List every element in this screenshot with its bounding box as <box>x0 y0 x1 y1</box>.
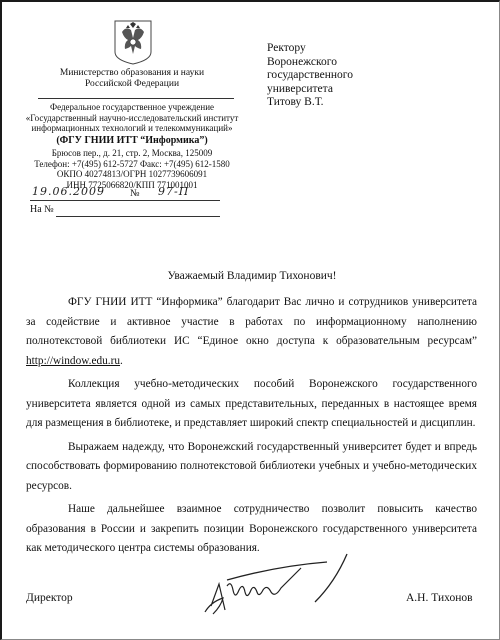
org-okpo-ogrn: ОКПО 40274813/ОГРН 1027739606091 <box>22 169 242 180</box>
reply-underline <box>56 216 220 217</box>
signatory-name: А.Н. Тихонов <box>406 592 473 604</box>
salutation: Уважаемый Владимир Тихонович! <box>2 270 500 282</box>
org-address: Брюсов пер., д. 21, стр. 2, Москва, 1250… <box>22 148 242 159</box>
paragraph-1-end: . <box>120 355 123 367</box>
signatory-title: Директор <box>26 592 73 604</box>
handwritten-signature-icon <box>197 550 387 620</box>
paragraph-1-text: ФГУ ГНИИ ИТТ “Информика” благодарит Вас … <box>26 296 477 347</box>
org-phone-fax: Телефон: +7(495) 612-5727 Факс: +7(495) … <box>22 159 242 170</box>
outgoing-underline <box>30 200 220 201</box>
ministry-line-2: Российской Федерации <box>22 79 242 90</box>
window-edu-link[interactable]: http://window.edu.ru <box>26 355 120 367</box>
letter-body: ФГУ ГНИИ ИТТ “Информика” благодарит Вас … <box>26 293 477 563</box>
letterhead-divider <box>38 98 234 99</box>
paragraph-1: ФГУ ГНИИ ИТТ “Информика” благодарит Вас … <box>26 293 477 371</box>
organization-name: Федеральное государственное учреждение «… <box>22 102 242 148</box>
addressee-line: государственного <box>267 69 467 83</box>
outgoing-number: 97-П <box>158 185 189 198</box>
addressee-block: Ректору Воронежского государственного ун… <box>267 42 467 110</box>
letter-page: Министерство образования и науки Российс… <box>0 0 500 640</box>
ministry-name: Министерство образования и науки Российс… <box>22 68 242 90</box>
reply-label: На № <box>30 204 54 215</box>
paragraph-2: Коллекция учебно-методических пособий Во… <box>26 375 477 434</box>
addressee-line: университета <box>267 83 467 97</box>
addressee-line: Титову В.Т. <box>267 96 467 110</box>
organization-contacts: Брюсов пер., д. 21, стр. 2, Москва, 1250… <box>22 148 242 190</box>
addressee-line: Воронежского <box>267 56 467 70</box>
reply-reference: На № <box>30 204 220 218</box>
org-line-2: «Государственный научно-исследовательски… <box>22 113 242 124</box>
outgoing-reference: 19.06.2009 № 97-П <box>30 188 220 202</box>
org-short-name: (ФГУ ГНИИ ИТТ “Информика”) <box>22 134 242 148</box>
outgoing-date: 19.06.2009 <box>32 185 105 198</box>
ministry-line-1: Министерство образования и науки <box>22 68 242 79</box>
org-line-3: информационных технологий и телекоммуник… <box>22 123 242 134</box>
addressee-line: Ректору <box>267 42 467 56</box>
paragraph-3: Выражаем надежду, что Воронежский госуда… <box>26 438 477 497</box>
russian-coat-of-arms-icon <box>112 18 154 66</box>
number-label: № <box>130 188 140 199</box>
org-line-1: Федеральное государственное учреждение <box>22 102 242 113</box>
